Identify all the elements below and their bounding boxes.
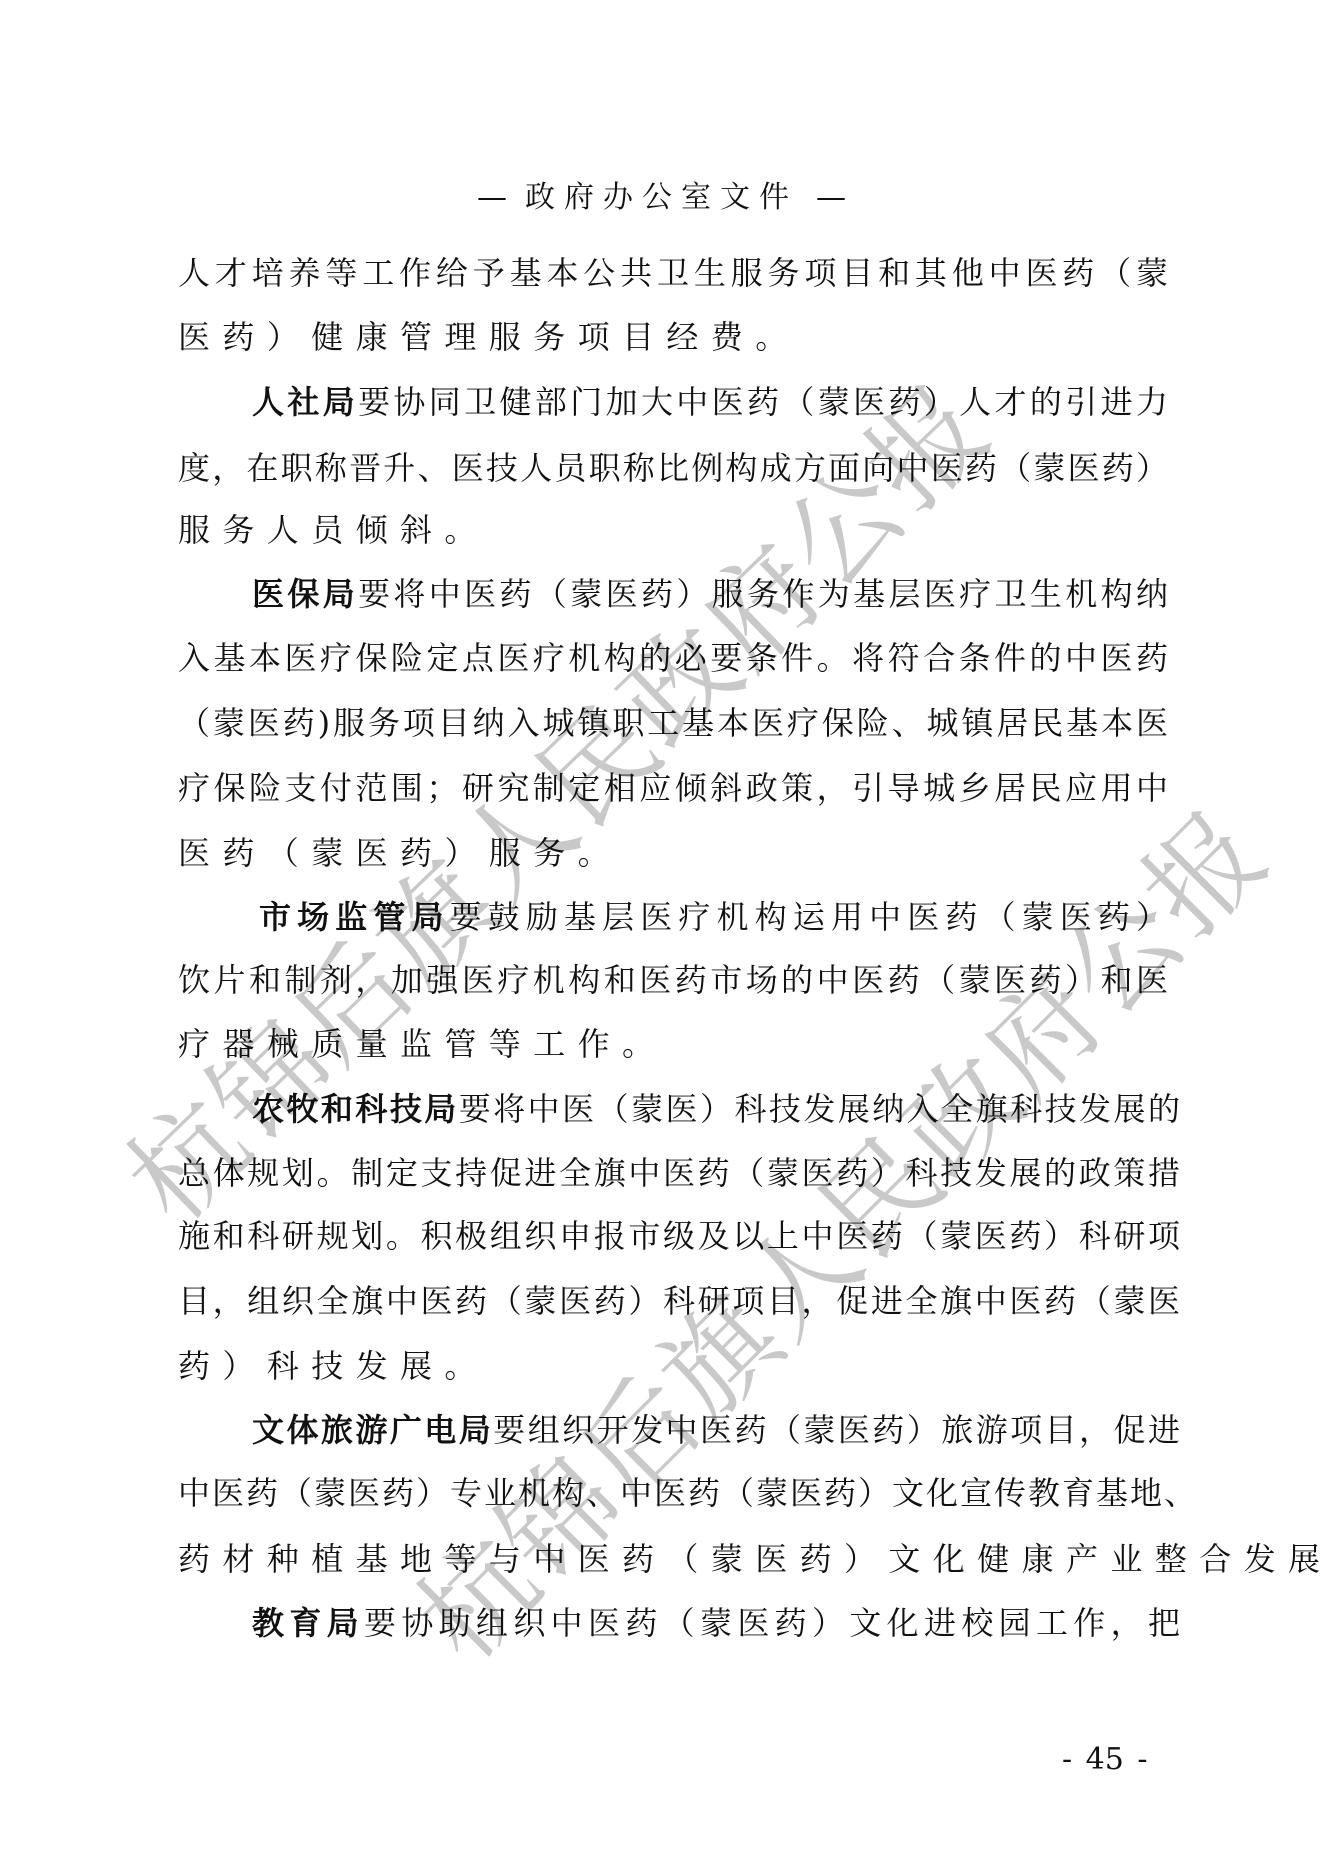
paragraph-start-line: 医保局要将中医药（蒙医药）服务作为基层医疗卫生机构纳 xyxy=(252,571,1170,617)
body-line: （蒙医药)服务项目纳入城镇职工基本医疗保险、城镇居民基本医 xyxy=(178,700,1170,746)
body-line: 饮片和制剂，加强医疗机构和医药市场的中医药（蒙医药）和医 xyxy=(178,957,1170,1003)
document-page: —政府办公室文件— 杭锦后旗人民政府公报 杭锦后旗人民政府公报 人才培养等工作给… xyxy=(0,0,1323,1871)
line-text: 要鼓励基层医疗机构运用中医药（蒙医药） xyxy=(450,898,1170,936)
line-text: （蒙医药)服务项目纳入城镇职工基本医疗保险、城镇居民基本医 xyxy=(178,704,1170,742)
line-text: 药材种植基地等与中医药（蒙医药）文化健康产业整合发展。 xyxy=(178,1540,1323,1578)
department-name: 教育局 xyxy=(252,1604,364,1642)
line-text: 疗保险支付范围；研究制定相应倾斜政策，引导城乡居民应用中 xyxy=(178,769,1170,807)
body-line: 医药（蒙医药）服务。 xyxy=(178,830,1170,876)
page-header: —政府办公室文件— xyxy=(0,176,1323,220)
paragraph-start-line: 农牧和科技局要将中医（蒙医）科技发展纳入全旗科技发展的 xyxy=(252,1086,1182,1132)
line-text: 医药）健康管理服务项目经费。 xyxy=(178,318,800,356)
body-line: 度，在职称晋升、医技人员职称比例构成方面向中医药（蒙医药） xyxy=(178,445,1170,491)
body-line: 药）科技发展。 xyxy=(178,1343,1170,1389)
paragraph-start-line: 教育局要协助组织中医药（蒙医药）文化进校园工作，把 xyxy=(252,1600,1182,1646)
body-line: 疗器械质量监管等工作。 xyxy=(178,1021,1170,1067)
body-line: 疗保险支付范围；研究制定相应倾斜政策，引导城乡居民应用中 xyxy=(178,765,1170,811)
line-text: 要将中医（蒙医）科技发展纳入全旗科技发展的 xyxy=(459,1090,1182,1128)
body-line: 入基本医疗保险定点医疗机构的必要条件。将符合条件的中医药 xyxy=(178,635,1170,681)
paragraph-start-line: 文体旅游广电局要组织开发中医药（蒙医药）旅游项目，促进 xyxy=(252,1407,1182,1453)
body-line: 人才培养等工作给予基本公共卫生服务项目和其他中医药（蒙 xyxy=(178,250,1170,296)
body-line: 药材种植基地等与中医药（蒙医药）文化健康产业整合发展。 xyxy=(178,1536,1170,1582)
line-text: 服务人员倾斜。 xyxy=(178,511,489,549)
line-text: 度，在职称晋升、医技人员职称比例构成方面向中医药（蒙医药） xyxy=(178,449,1170,487)
header-title: 政府办公室文件 xyxy=(525,180,798,215)
line-text: 要将中医药（蒙医药）服务作为基层医疗卫生机构纳 xyxy=(358,575,1170,613)
line-text: 施和科研规划。积极组织申报市级及以上中医药（蒙医药）科研项 xyxy=(178,1217,1182,1255)
line-text: 入基本医疗保险定点医疗机构的必要条件。将符合条件的中医药 xyxy=(178,639,1170,677)
body-line: 医药）健康管理服务项目经费。 xyxy=(178,314,1170,360)
line-text: 要组织开发中医药（蒙医药）旅游项目，促进 xyxy=(493,1411,1182,1449)
paragraph-start-line: 人社局要协同卫健部门加大中医药（蒙医药）人才的引进力 xyxy=(252,379,1170,425)
body-line: 施和科研规划。积极组织申报市级及以上中医药（蒙医药）科研项 xyxy=(178,1213,1182,1259)
body-line: 总体规划。制定支持促进全旗中医药（蒙医药）科技发展的政策措 xyxy=(178,1150,1182,1196)
body-line: 目，组织全旗中医药（蒙医药）科研项目，促进全旗中医药（蒙医 xyxy=(178,1278,1182,1324)
department-name: 市场监管局 xyxy=(259,898,450,936)
line-text: 要协助组织中医药（蒙医药）文化进校园工作，把 xyxy=(364,1604,1182,1642)
line-text: 要协同卫健部门加大中医药（蒙医药）人才的引进力 xyxy=(358,383,1170,421)
body-line: 中医药（蒙医药）专业机构、中医药（蒙医药）文化宣传教育基地、 xyxy=(178,1470,1182,1516)
line-text: 饮片和制剂，加强医疗机构和医药市场的中医药（蒙医药）和医 xyxy=(178,961,1170,999)
line-text: 目，组织全旗中医药（蒙医药）科研项目，促进全旗中医药（蒙医 xyxy=(178,1282,1182,1320)
department-name: 医保局 xyxy=(252,575,358,613)
header-right-dash: — xyxy=(816,176,846,220)
paragraph-start-line: 市场监管局要鼓励基层医疗机构运用中医药（蒙医药） xyxy=(259,894,1170,940)
department-name: 人社局 xyxy=(252,383,358,421)
header-left-dash: — xyxy=(477,176,507,220)
department-name: 农牧和科技局 xyxy=(252,1090,459,1128)
line-text: 医药（蒙医药）服务。 xyxy=(178,834,622,872)
line-text: 总体规划。制定支持促进全旗中医药（蒙医药）科技发展的政策措 xyxy=(178,1154,1182,1192)
line-text: 中医药（蒙医药）专业机构、中医药（蒙医药）文化宣传教育基地、 xyxy=(178,1474,1198,1512)
line-text: 人才培养等工作给予基本公共卫生服务项目和其他中医药（蒙 xyxy=(178,254,1170,292)
body-line: 服务人员倾斜。 xyxy=(178,507,1170,553)
line-text: 药）科技发展。 xyxy=(178,1347,489,1385)
department-name: 文体旅游广电局 xyxy=(252,1411,493,1449)
page-number: - 45 - xyxy=(1062,1740,1162,1780)
line-text: 疗器械质量监管等工作。 xyxy=(178,1025,666,1063)
